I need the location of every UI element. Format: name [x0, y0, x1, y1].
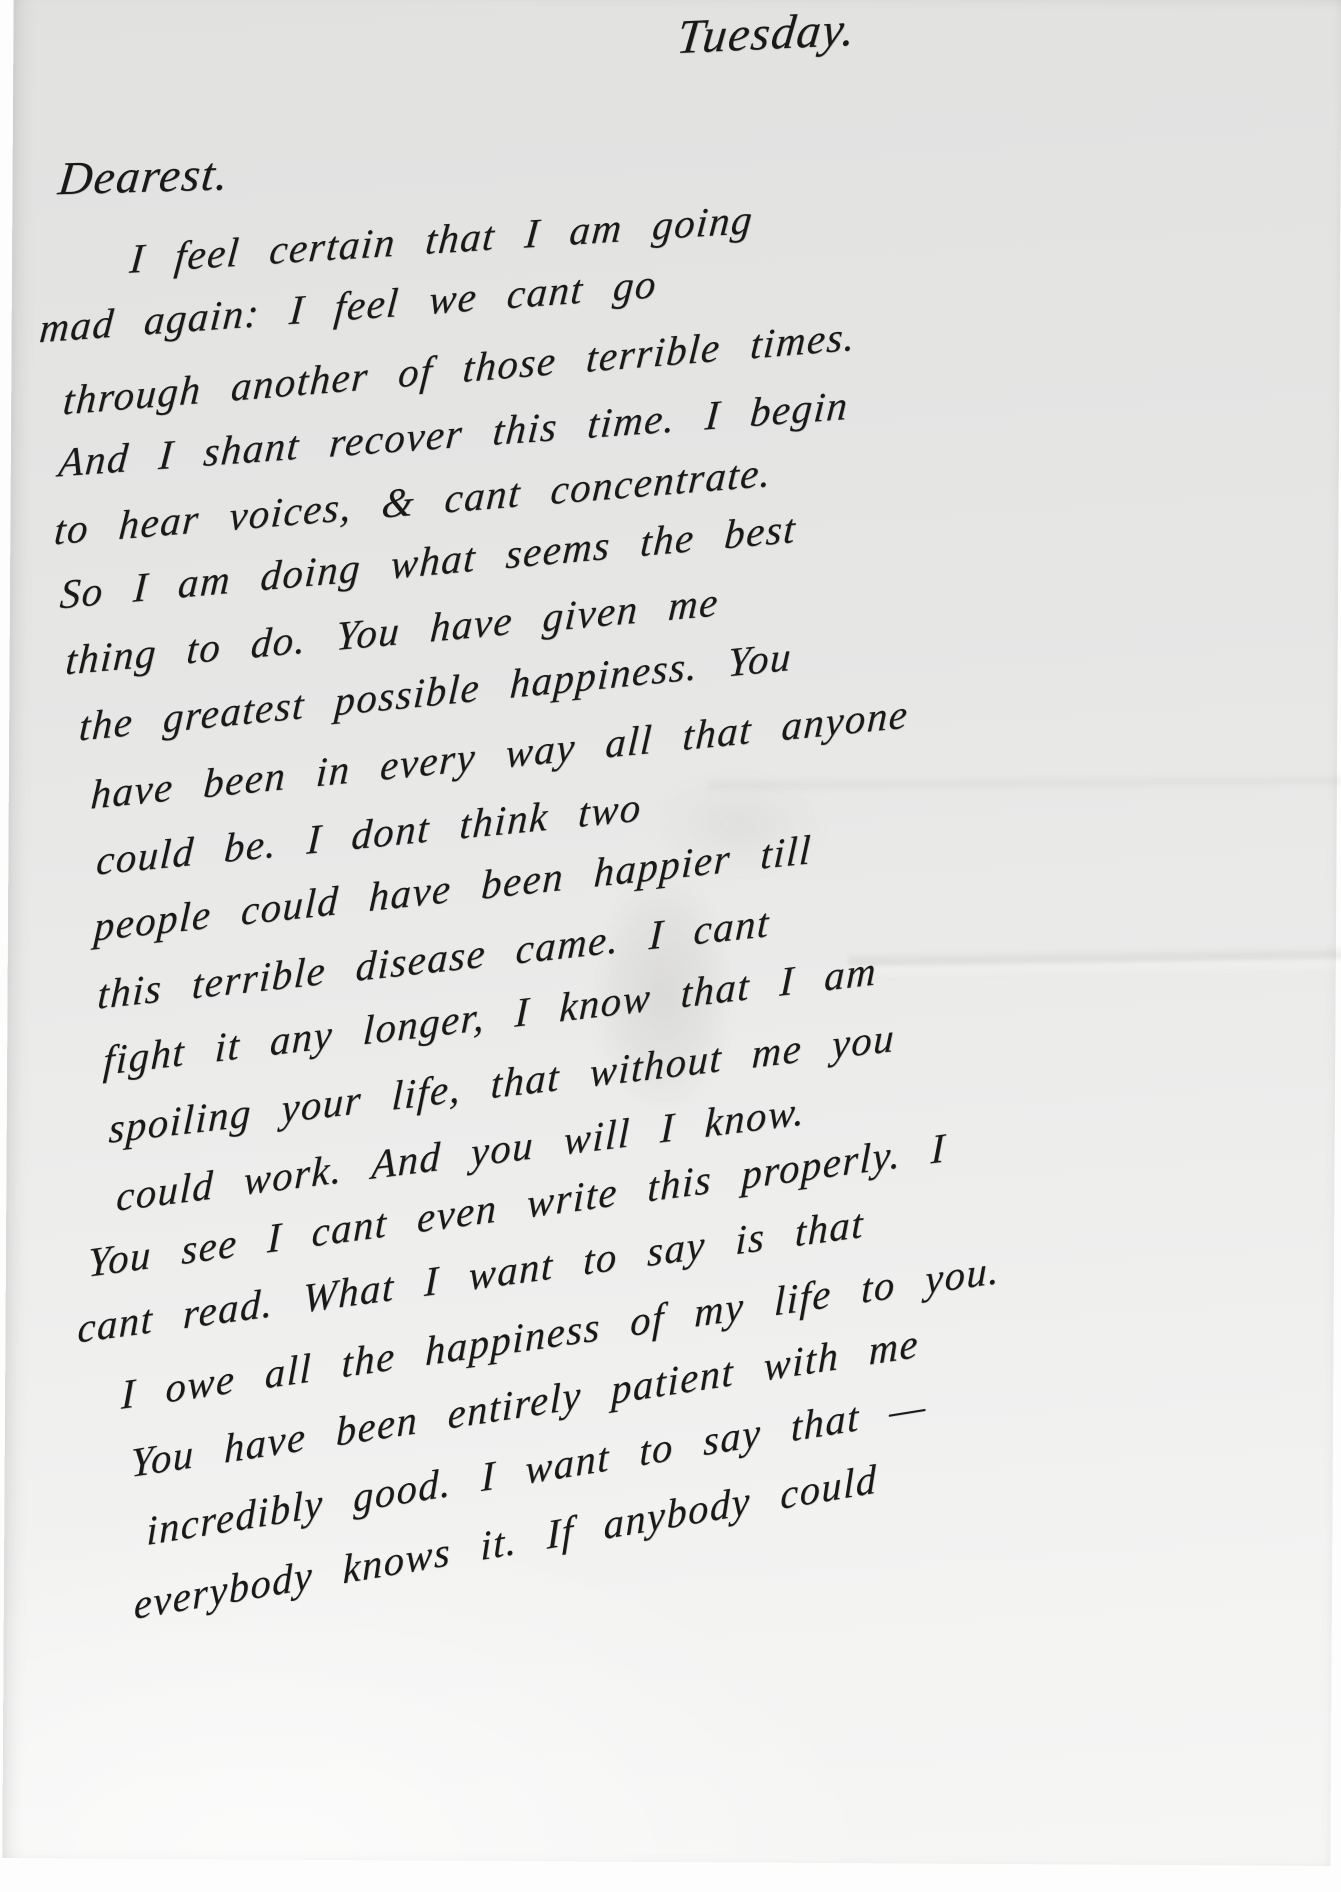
paper-fold-crease: [848, 945, 1341, 978]
letter-photo: Tuesday. Dearest. I feel certain that I …: [0, 0, 1341, 1892]
letter-line: I feel certain that I am going: [128, 199, 755, 280]
letter-salutation: Dearest.: [56, 151, 232, 203]
letter-paper: Tuesday. Dearest. I feel certain that I …: [2, 0, 1341, 1866]
letter-date: Tuesday.: [675, 6, 859, 63]
